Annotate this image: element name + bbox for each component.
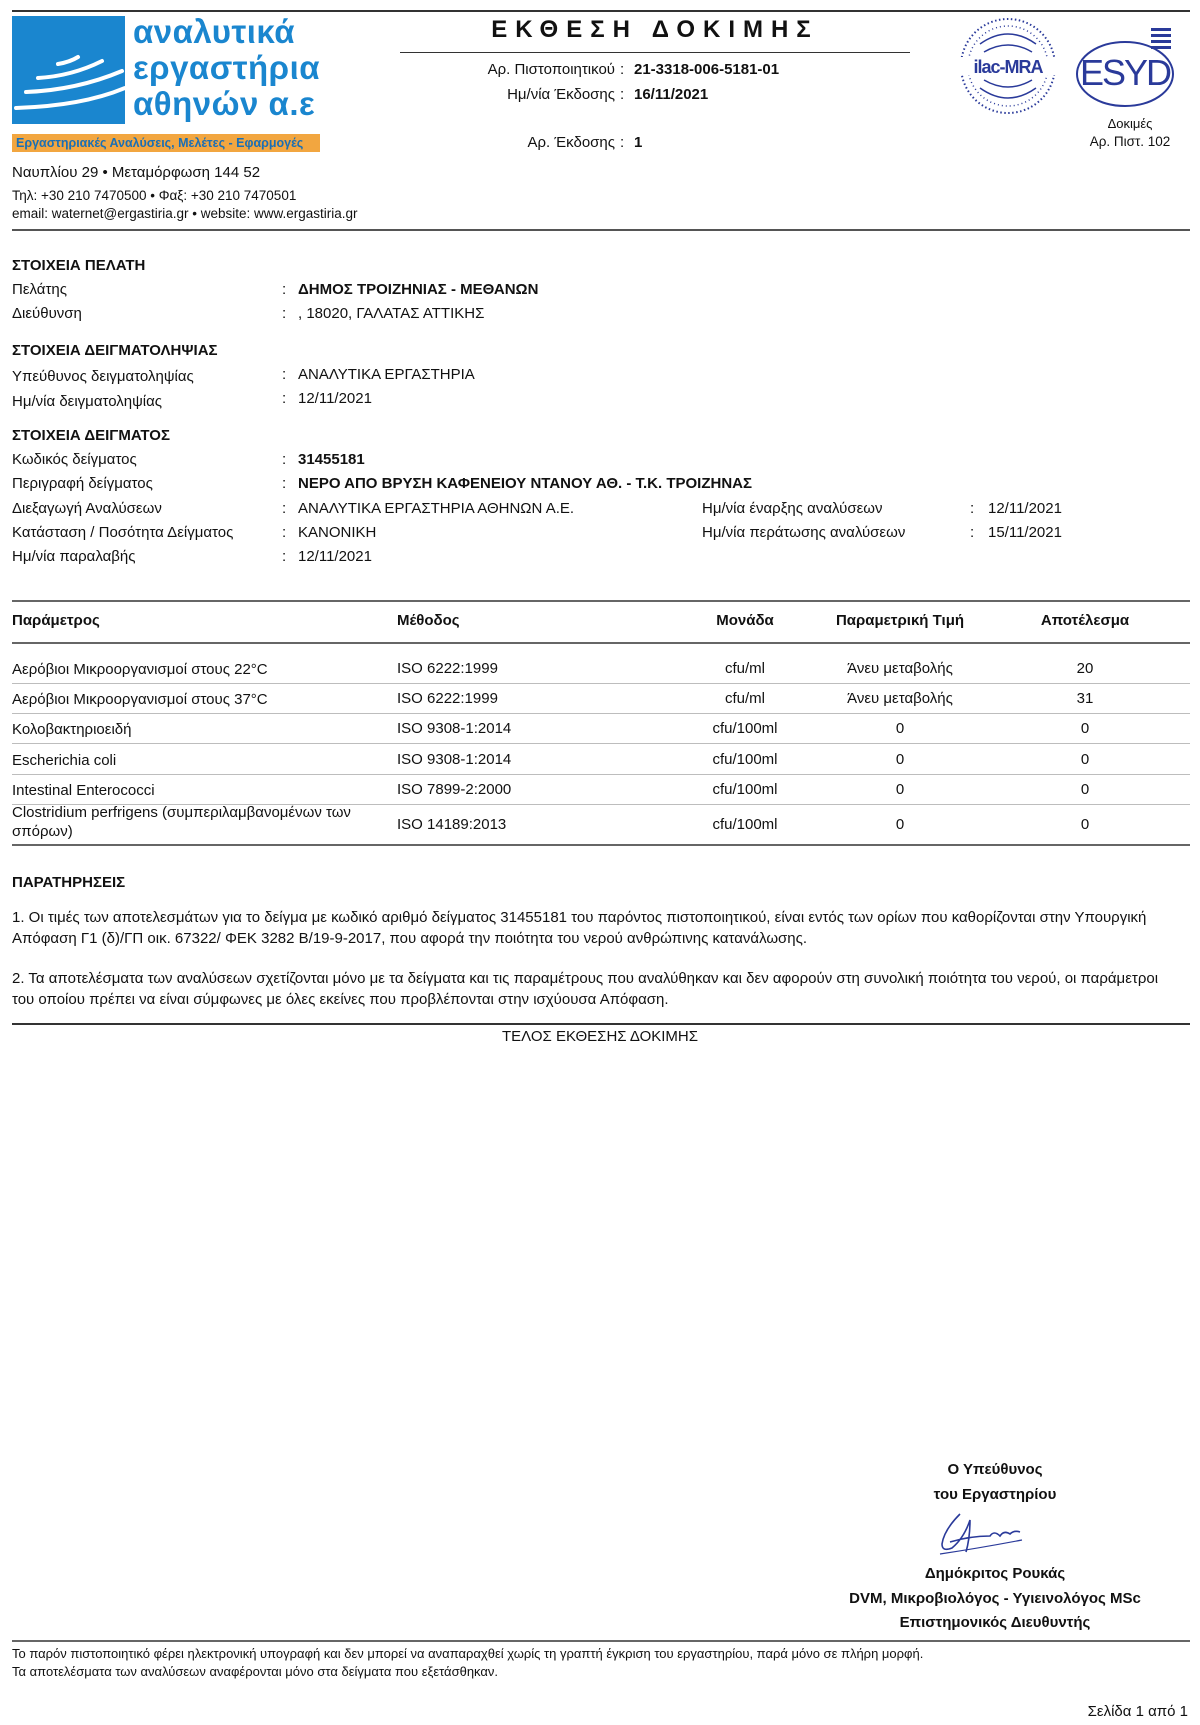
col-result: Αποτέλεσμα — [1000, 612, 1170, 629]
logo-line-1: αναλυτικά — [133, 14, 320, 50]
col-limit: Παραμετρική Τιμή — [810, 612, 990, 629]
cell-method: ISO 6222:1999 — [397, 660, 498, 677]
cell-limit: 0 — [810, 781, 990, 798]
analysis-start-value: 12/11/2021 — [988, 500, 1062, 517]
header-bottom-rule — [12, 229, 1190, 231]
analysis-end-label: Ημ/νία περάτωσης αναλύσεων — [702, 524, 905, 541]
signature-icon — [930, 1508, 1030, 1558]
cell-unit: cfu/100ml — [680, 781, 810, 798]
signatory-name: Δημόκριτος Ρουκάς — [800, 1565, 1190, 1582]
condition-value: ΚΑΝΟΝΙΚΗ — [298, 524, 376, 541]
col-parameter: Παράμετρος — [12, 612, 100, 629]
cell-limit: 0 — [810, 816, 990, 833]
cell-method: ISO 6222:1999 — [397, 690, 498, 707]
sampling-date-label: Ημ/νία δειγματοληψίας — [12, 393, 162, 410]
issue-date: 16/11/2021 — [634, 86, 708, 103]
col-method: Μέθοδος — [397, 612, 460, 629]
received-label: Ημ/νία παραλαβής — [12, 548, 135, 565]
remarks-bottom-rule — [12, 1023, 1190, 1025]
logo-line-2: εργαστήρια — [133, 50, 320, 86]
sampling-responsible-label: Υπεύθυνος δειγματοληψίας — [12, 368, 194, 385]
accreditation-type: Δοκιμές — [1070, 116, 1190, 131]
footer-disclaimer-1: Το παρόν πιστοποιητικό φέρει ηλεκτρονική… — [12, 1646, 923, 1661]
cell-parameter: Intestinal Enterococci — [12, 781, 362, 800]
cell-limit: 0 — [810, 720, 990, 737]
ilac-mra-logo: ilac-MRA — [958, 16, 1058, 116]
cell-result: 0 — [1000, 751, 1170, 768]
report-title: ΕΚΘΕΣΗ ΔΟΚΙΜΗΣ — [400, 16, 910, 44]
signature-line-2: του Εργαστηρίου — [800, 1486, 1190, 1503]
cell-method: ISO 7899-2:2000 — [397, 781, 511, 798]
footer-rule — [12, 1640, 1190, 1642]
analysis-start-label: Ημ/νία έναρξης αναλύσεων — [702, 500, 883, 517]
table-header-rule — [12, 642, 1190, 644]
logo-line-3: αθηνών α.ε — [133, 86, 320, 122]
row-divider — [12, 743, 1190, 744]
handwritten-signature — [930, 1508, 1030, 1558]
row-divider — [12, 774, 1190, 775]
lab-phone: Τηλ: +30 210 7470500 • Φαξ: +30 210 7470… — [12, 188, 296, 203]
esyd-logo: ESYD — [1073, 22, 1191, 112]
client-value: ΔΗΜΟΣ ΤΡΟΙΖΗΝΙΑΣ - ΜΕΘΑΝΩΝ — [298, 281, 538, 298]
cell-limit: Άνευ μεταβολής — [810, 690, 990, 707]
col-unit: Μονάδα — [680, 612, 810, 629]
lab-logo-text: αναλυτικά εργαστήρια αθηνών α.ε — [133, 14, 320, 122]
address-label: Διεύθυνση — [12, 305, 82, 322]
cell-parameter: Κολοβακτηριοειδή — [12, 720, 362, 739]
customer-section-title: ΣΤΟΙΧΕΙΑ ΠΕΛΑΤΗ — [12, 257, 145, 274]
title-rule — [400, 52, 910, 53]
address-value: , 18020, ΓΑΛΑΤΑΣ ΑΤΤΙΚΗΣ — [298, 305, 484, 322]
esyd-text: ESYD — [1077, 52, 1173, 94]
cell-parameter: Clostridium perfrigens (συμπεριλαμβανομέ… — [12, 803, 362, 841]
remark-1: 1. Οι τιμές των αποτελεσμάτων για το δεί… — [12, 907, 1182, 949]
cell-unit: cfu/ml — [680, 690, 810, 707]
cell-method: ISO 9308-1:2014 — [397, 751, 511, 768]
cell-unit: cfu/100ml — [680, 720, 810, 737]
row-divider — [12, 683, 1190, 684]
row-divider — [12, 713, 1190, 714]
sampling-section-title: ΣΤΟΙΧΕΙΑ ΔΕΙΓΜΑΤΟΛΗΨΙΑΣ — [12, 342, 218, 359]
client-label: Πελάτης — [12, 281, 67, 298]
sampling-date-value: 12/11/2021 — [298, 390, 372, 407]
conducted-value: ΑΝΑΛΥΤΙΚΑ ΕΡΓΑΣΤΗΡΙΑ ΑΘΗΝΩΝ Α.Ε. — [298, 500, 574, 517]
ilac-mra-text: ilac-MRA — [958, 57, 1058, 78]
conducted-label: Διεξαγωγή Αναλύσεων — [12, 500, 162, 517]
analysis-end-value: 15/11/2021 — [988, 524, 1062, 541]
cell-parameter: Αερόβιοι Μικροοργανισμοί στους 22°C — [12, 660, 362, 679]
cell-limit: 0 — [810, 751, 990, 768]
issue-no: 1 — [634, 134, 642, 151]
accreditation-number: Αρ. Πιστ. 102 — [1070, 134, 1190, 149]
certificate-no: 21-3318-006-5181-01 — [634, 61, 779, 78]
received-value: 12/11/2021 — [298, 548, 372, 565]
end-of-report: ΤΕΛΟΣ ΕΚΘΕΣΗΣ ΔΟΚΙΜΗΣ — [0, 1028, 1200, 1045]
cell-unit: cfu/100ml — [680, 816, 810, 833]
lab-email-website: email: waternet@ergastiria.gr • website:… — [12, 206, 358, 221]
sample-description-label: Περιγραφή δείγματος — [12, 475, 153, 492]
lab-address: Ναυπλίου 29 • Μεταμόρφωση 144 52 — [12, 164, 260, 181]
lab-logo-mark — [12, 16, 125, 124]
cell-unit: cfu/ml — [680, 660, 810, 677]
table-bottom-rule — [12, 844, 1190, 846]
table-top-rule — [12, 600, 1190, 602]
logo-tagline: Εργαστηριακές Αναλύσεις, Μελέτες - Εφαρμ… — [12, 134, 320, 152]
cell-limit: Άνευ μεταβολής — [810, 660, 990, 677]
sampling-responsible-value: ΑΝΑΛΥΤΙΚΑ ΕΡΓΑΣΤΗΡΙΑ — [298, 366, 475, 383]
signatory-role: Επιστημονικός Διευθυντής — [800, 1614, 1190, 1631]
footer-disclaimer-2: Τα αποτελέσματα των αναλύσεων αναφέροντα… — [12, 1664, 498, 1679]
condition-label: Κατάσταση / Ποσότητα Δείγματος — [12, 524, 233, 541]
signatory-credentials: DVM, Μικροβιολόγος - Υγιεινολόγος MSc — [800, 1590, 1190, 1607]
sample-section-title: ΣΤΟΙΧΕΙΑ ΔΕΙΓΜΑΤΟΣ — [12, 427, 170, 444]
sample-code-value: 31455181 — [298, 451, 365, 468]
signature-line-1: Ο Υπεύθυνος — [800, 1461, 1190, 1478]
sample-description-value: ΝΕΡΟ ΑΠΟ ΒΡΥΣΗ ΚΑΦΕΝΕΙΟΥ ΝΤΑΝΟΥ ΑΘ. - Τ.… — [298, 475, 752, 492]
cell-parameter: Αερόβιοι Μικροοργανισμοί στους 37°C — [12, 690, 362, 709]
cell-unit: cfu/100ml — [680, 751, 810, 768]
sample-code-label: Κωδικός δείγματος — [12, 451, 137, 468]
cell-result: 0 — [1000, 816, 1170, 833]
cell-method: ISO 14189:2013 — [397, 816, 506, 833]
top-rule — [12, 10, 1190, 12]
cell-result: 20 — [1000, 660, 1170, 677]
cell-result: 0 — [1000, 781, 1170, 798]
page-number: Σελίδα 1 από 1 — [1088, 1703, 1188, 1720]
remark-2: 2. Τα αποτελέσματα των αναλύσεων σχετίζο… — [12, 968, 1182, 1010]
cell-method: ISO 9308-1:2014 — [397, 720, 511, 737]
waves-icon — [12, 16, 125, 124]
cell-result: 0 — [1000, 720, 1170, 737]
cell-parameter: Escherichia coli — [12, 751, 362, 770]
cell-result: 31 — [1000, 690, 1170, 707]
remarks-title: ΠΑΡΑΤΗΡΗΣΕΙΣ — [12, 874, 125, 891]
